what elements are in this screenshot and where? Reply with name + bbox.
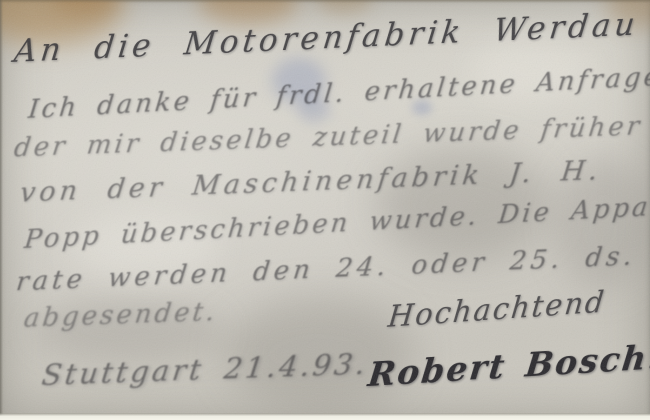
ink-smudge-blue-3 [412, 100, 432, 115]
light-patch-1 [70, 212, 220, 282]
body-line-4: Popp überschrieben wurde. Die Appa- [23, 191, 650, 255]
body-line-2: der mir dieselbe zuteil wurde früher [12, 111, 644, 163]
light-patch-2 [470, 40, 590, 100]
body-line-1: Ich danke für frdl. erhaltene Anfrage [27, 61, 650, 124]
body-line-6: abgesendet. [22, 297, 219, 334]
graphite-smudge-center [376, 146, 551, 261]
graphite-smudge-bottom-left [34, 300, 224, 362]
body-line-5: rate werden den 24. oder 25. ds. [15, 241, 638, 297]
scan-edge-top [0, 0, 650, 3]
body-line-3: von der Maschinenfabrik J. H. [18, 155, 603, 208]
paper-grain-texture [0, 0, 650, 420]
graphite-smudge-right [556, 156, 650, 291]
ink-smudge-blue-2 [298, 96, 330, 122]
recipient-line: An die Motorenfabrik Werdau [12, 6, 640, 69]
scan-edge-bottom [0, 413, 650, 420]
place-date-line: Stuttgart 21.4.93. [40, 346, 370, 392]
ink-smudge-blue-1 [272, 58, 326, 104]
signature-line: Robert Bosch. [366, 337, 650, 394]
postcard-scan: An die Motorenfabrik Werdau Ich danke fü… [0, 0, 650, 420]
stain-brown-top-right [606, 0, 650, 28]
closing-line: Hochachtend [386, 284, 607, 334]
stain-brown-top-left [0, 0, 122, 44]
graphite-smudge-bottom [224, 296, 414, 411]
scan-edge-left [0, 0, 3, 420]
stain-brown-top-center [198, 0, 298, 24]
